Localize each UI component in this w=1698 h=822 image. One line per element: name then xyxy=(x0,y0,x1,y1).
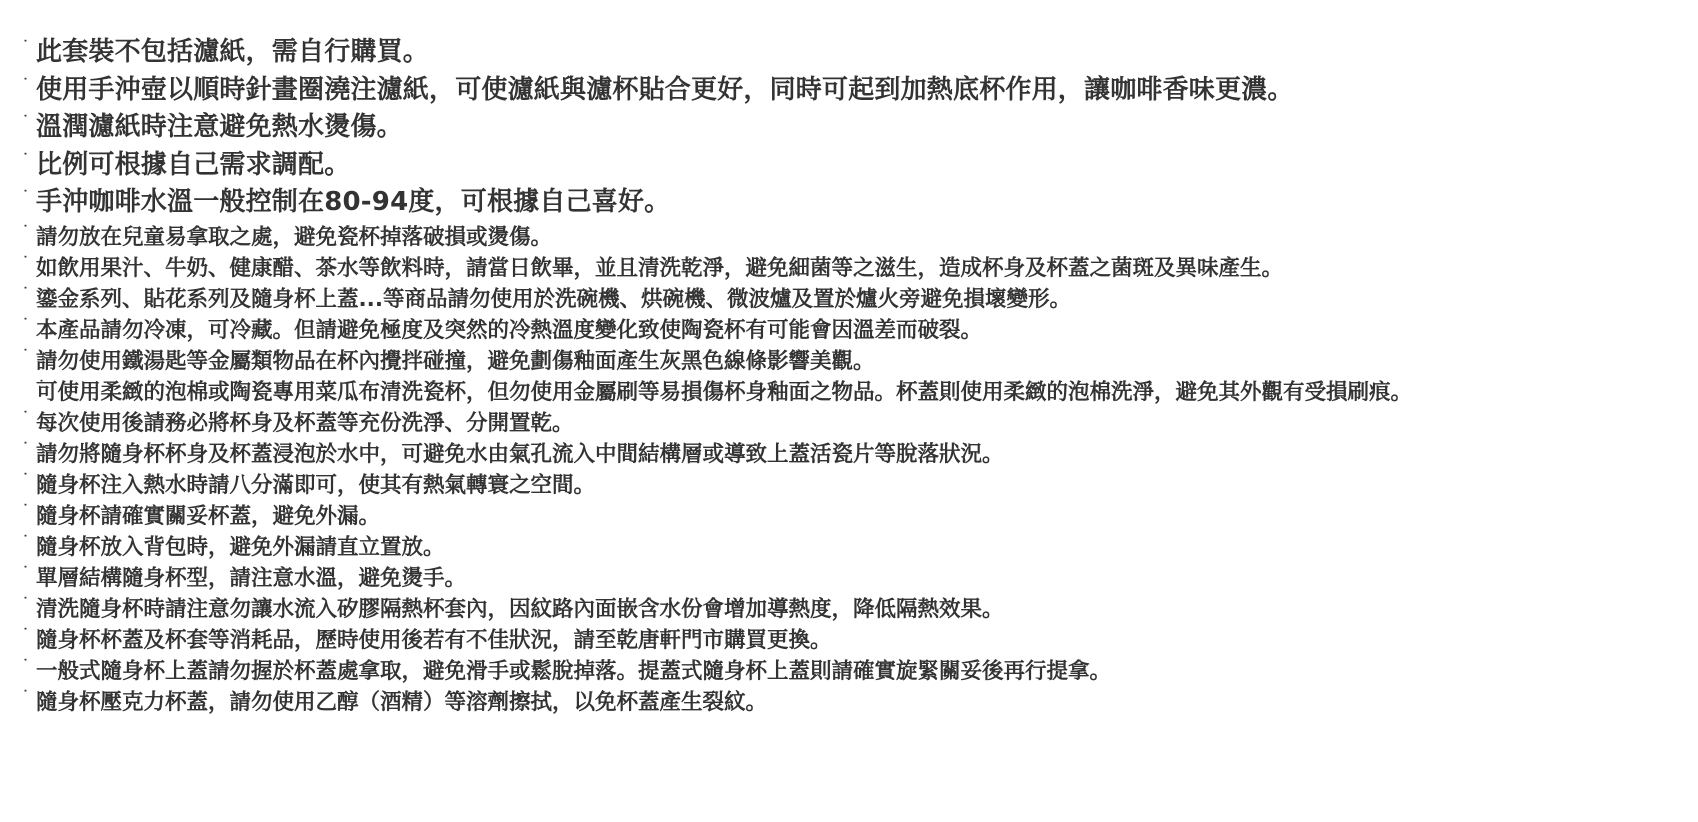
bullet-dot-icon: ˙ xyxy=(22,597,29,611)
bullet-dot-icon: ˙ xyxy=(22,78,29,92)
bullet-dot-icon: ˙ xyxy=(22,566,29,580)
note-item: ˙清洗隨身杯時請注意勿讓水流入矽膠隔熱杯套內，因紋路內面嵌含水份會增加導熱度，降… xyxy=(20,594,1680,625)
note-item: ˙每次使用後請務必將杯身及杯蓋等充份洗淨、分開置乾。 xyxy=(20,408,1680,439)
bullet-dot-icon: ˙ xyxy=(22,690,29,704)
note-item: ˙隨身杯杯蓋及杯套等消耗品，歷時使用後若有不佳狀況，請至乾唐軒門市購買更換。 xyxy=(20,625,1680,656)
bullet-dot-icon: ˙ xyxy=(22,349,29,363)
bullet-dot-icon: ˙ xyxy=(22,40,29,54)
note-item: ˙手沖咖啡水溫一般控制在80-94度，可根據自己喜好。 xyxy=(20,184,1680,222)
note-text: 此套裝不包括濾紙，需自行購買。 xyxy=(36,37,429,67)
note-text: 比例可根據自己需求調配。 xyxy=(36,150,350,180)
bullet-dot-icon: ˙ xyxy=(22,659,29,673)
note-text: 一般式隨身杯上蓋請勿握於杯蓋處拿取，避免滑手或鬆脫掉落。提蓋式隨身杯上蓋則請確實… xyxy=(36,659,1111,684)
bullet-dot-icon: ˙ xyxy=(22,256,29,270)
note-item: ˙隨身杯放入背包時，避免外漏請直立置放。 xyxy=(20,532,1680,563)
note-text: 隨身杯請確實關妥杯蓋，避免外漏。 xyxy=(36,504,380,529)
note-text: 每次使用後請務必將杯身及杯蓋等充份洗淨、分開置乾。 xyxy=(36,411,574,436)
note-text: 隨身杯杯蓋及杯套等消耗品，歷時使用後若有不佳狀況，請至乾唐軒門市購買更換。 xyxy=(36,628,832,653)
note-item: ˙請勿將隨身杯杯身及杯蓋浸泡於水中，可避免水由氣孔流入中間結構層或導致上蓋活瓷片… xyxy=(20,439,1680,470)
note-item: ˙使用手沖壺以順時針畫圈澆注濾紙，可使濾紙與濾杯貼合更好，同時可起到加熱底杯作用… xyxy=(20,72,1680,110)
note-text: 清洗隨身杯時請注意勿讓水流入矽膠隔熱杯套內，因紋路內面嵌含水份會增加導熱度，降低… xyxy=(36,597,1004,622)
note-item: ˙溫潤濾紙時注意避免熱水燙傷。 xyxy=(20,109,1680,147)
note-text: 隨身杯放入背包時，避免外漏請直立置放。 xyxy=(36,535,445,560)
note-item: ˙隨身杯注入熱水時請八分滿即可，使其有熱氣轉寰之空間。 xyxy=(20,470,1680,501)
note-item: ˙隨身杯請確實關妥杯蓋，避免外漏。 xyxy=(20,501,1680,532)
note-text: 可使用柔緻的泡棉或陶瓷專用菜瓜布清洗瓷杯，但勿使用金屬刷等易損傷杯身釉面之物品。… xyxy=(36,380,1412,405)
note-text: 請勿將隨身杯杯身及杯蓋浸泡於水中，可避免水由氣孔流入中間結構層或導致上蓋活瓷片等… xyxy=(36,442,1004,467)
note-item: ˙鎏金系列、貼花系列及隨身杯上蓋...等商品請勿使用於洗碗機、烘碗機、微波爐及置… xyxy=(20,284,1680,315)
bullet-dot-icon: ˙ xyxy=(22,190,29,204)
note-item: ˙如飲用果汁、牛奶、健康醋、茶水等飲料時，請當日飲畢，並且清洗乾淨，避免細菌等之… xyxy=(20,253,1680,284)
note-item: ˙隨身杯壓克力杯蓋，請勿使用乙醇（酒精）等溶劑擦拭，以免杯蓋產生裂紋。 xyxy=(20,687,1680,718)
note-text: 請勿放在兒童易拿取之處，避免瓷杯掉落破損或燙傷。 xyxy=(36,225,552,250)
bullet-dot-icon: ˙ xyxy=(22,287,29,301)
note-item: ˙此套裝不包括濾紙，需自行購買。 xyxy=(20,34,1680,72)
note-item: ˙請勿放在兒童易拿取之處，避免瓷杯掉落破損或燙傷。 xyxy=(20,222,1680,253)
bullet-dot-icon: ˙ xyxy=(22,628,29,642)
bullet-dot-icon: ˙ xyxy=(22,225,29,239)
note-text: 使用手沖壺以順時針畫圈澆注濾紙，可使濾紙與濾杯貼合更好，同時可起到加熱底杯作用，… xyxy=(36,75,1294,105)
bullet-dot-icon: ˙ xyxy=(22,442,29,456)
note-text: 本產品請勿冷凍，可冷藏。但請避免極度及突然的冷熱溫度變化致使陶瓷杯有可能會因溫差… xyxy=(36,318,982,343)
bullet-dot-icon: ˙ xyxy=(22,318,29,332)
note-text: 如飲用果汁、牛奶、健康醋、茶水等飲料時，請當日飲畢，並且清洗乾淨，避免細菌等之滋… xyxy=(36,256,1283,281)
note-text: 隨身杯壓克力杯蓋，請勿使用乙醇（酒精）等溶劑擦拭，以免杯蓋產生裂紋。 xyxy=(36,690,767,715)
note-item: ˙一般式隨身杯上蓋請勿握於杯蓋處拿取，避免滑手或鬆脫掉落。提蓋式隨身杯上蓋則請確… xyxy=(20,656,1680,687)
bullet-dot-icon: ˙ xyxy=(22,153,29,167)
note-text: 溫潤濾紙時注意避免熱水燙傷。 xyxy=(36,112,403,142)
note-item: ˙比例可根據自己需求調配。 xyxy=(20,147,1680,185)
note-text: 手沖咖啡水溫一般控制在80-94度，可根據自己喜好。 xyxy=(36,187,670,217)
bullet-dot-icon: ˙ xyxy=(22,535,29,549)
bullet-dot-icon: ˙ xyxy=(22,115,29,129)
bullet-dot-icon: ˙ xyxy=(22,411,29,425)
note-text: 鎏金系列、貼花系列及隨身杯上蓋...等商品請勿使用於洗碗機、烘碗機、微波爐及置於… xyxy=(36,287,1071,312)
note-text: 請勿使用鐵湯匙等金屬類物品在杯內攪拌碰撞，避免劃傷釉面產生灰黑色線條影響美觀。 xyxy=(36,349,875,374)
note-item: ˙可使用柔緻的泡棉或陶瓷專用菜瓜布清洗瓷杯，但勿使用金屬刷等易損傷杯身釉面之物品… xyxy=(20,377,1680,408)
bullet-dot-icon: ˙ xyxy=(22,380,45,394)
note-text: 單層結構隨身杯型，請注意水溫，避免燙手。 xyxy=(36,566,466,591)
note-item: ˙請勿使用鐵湯匙等金屬類物品在杯內攪拌碰撞，避免劃傷釉面產生灰黑色線條影響美觀。 xyxy=(20,346,1680,377)
note-item: ˙本產品請勿冷凍，可冷藏。但請避免極度及突然的冷熱溫度變化致使陶瓷杯有可能會因溫… xyxy=(20,315,1680,346)
bullet-dot-icon: ˙ xyxy=(22,473,29,487)
bullet-dot-icon: ˙ xyxy=(22,504,29,518)
note-item: ˙單層結構隨身杯型，請注意水溫，避免燙手。 xyxy=(20,563,1680,594)
note-text: 隨身杯注入熱水時請八分滿即可，使其有熱氣轉寰之空間。 xyxy=(36,473,595,498)
care-instructions-document: ˙此套裝不包括濾紙，需自行購買。 ˙使用手沖壺以順時針畫圈澆注濾紙，可使濾紙與濾… xyxy=(20,34,1680,718)
